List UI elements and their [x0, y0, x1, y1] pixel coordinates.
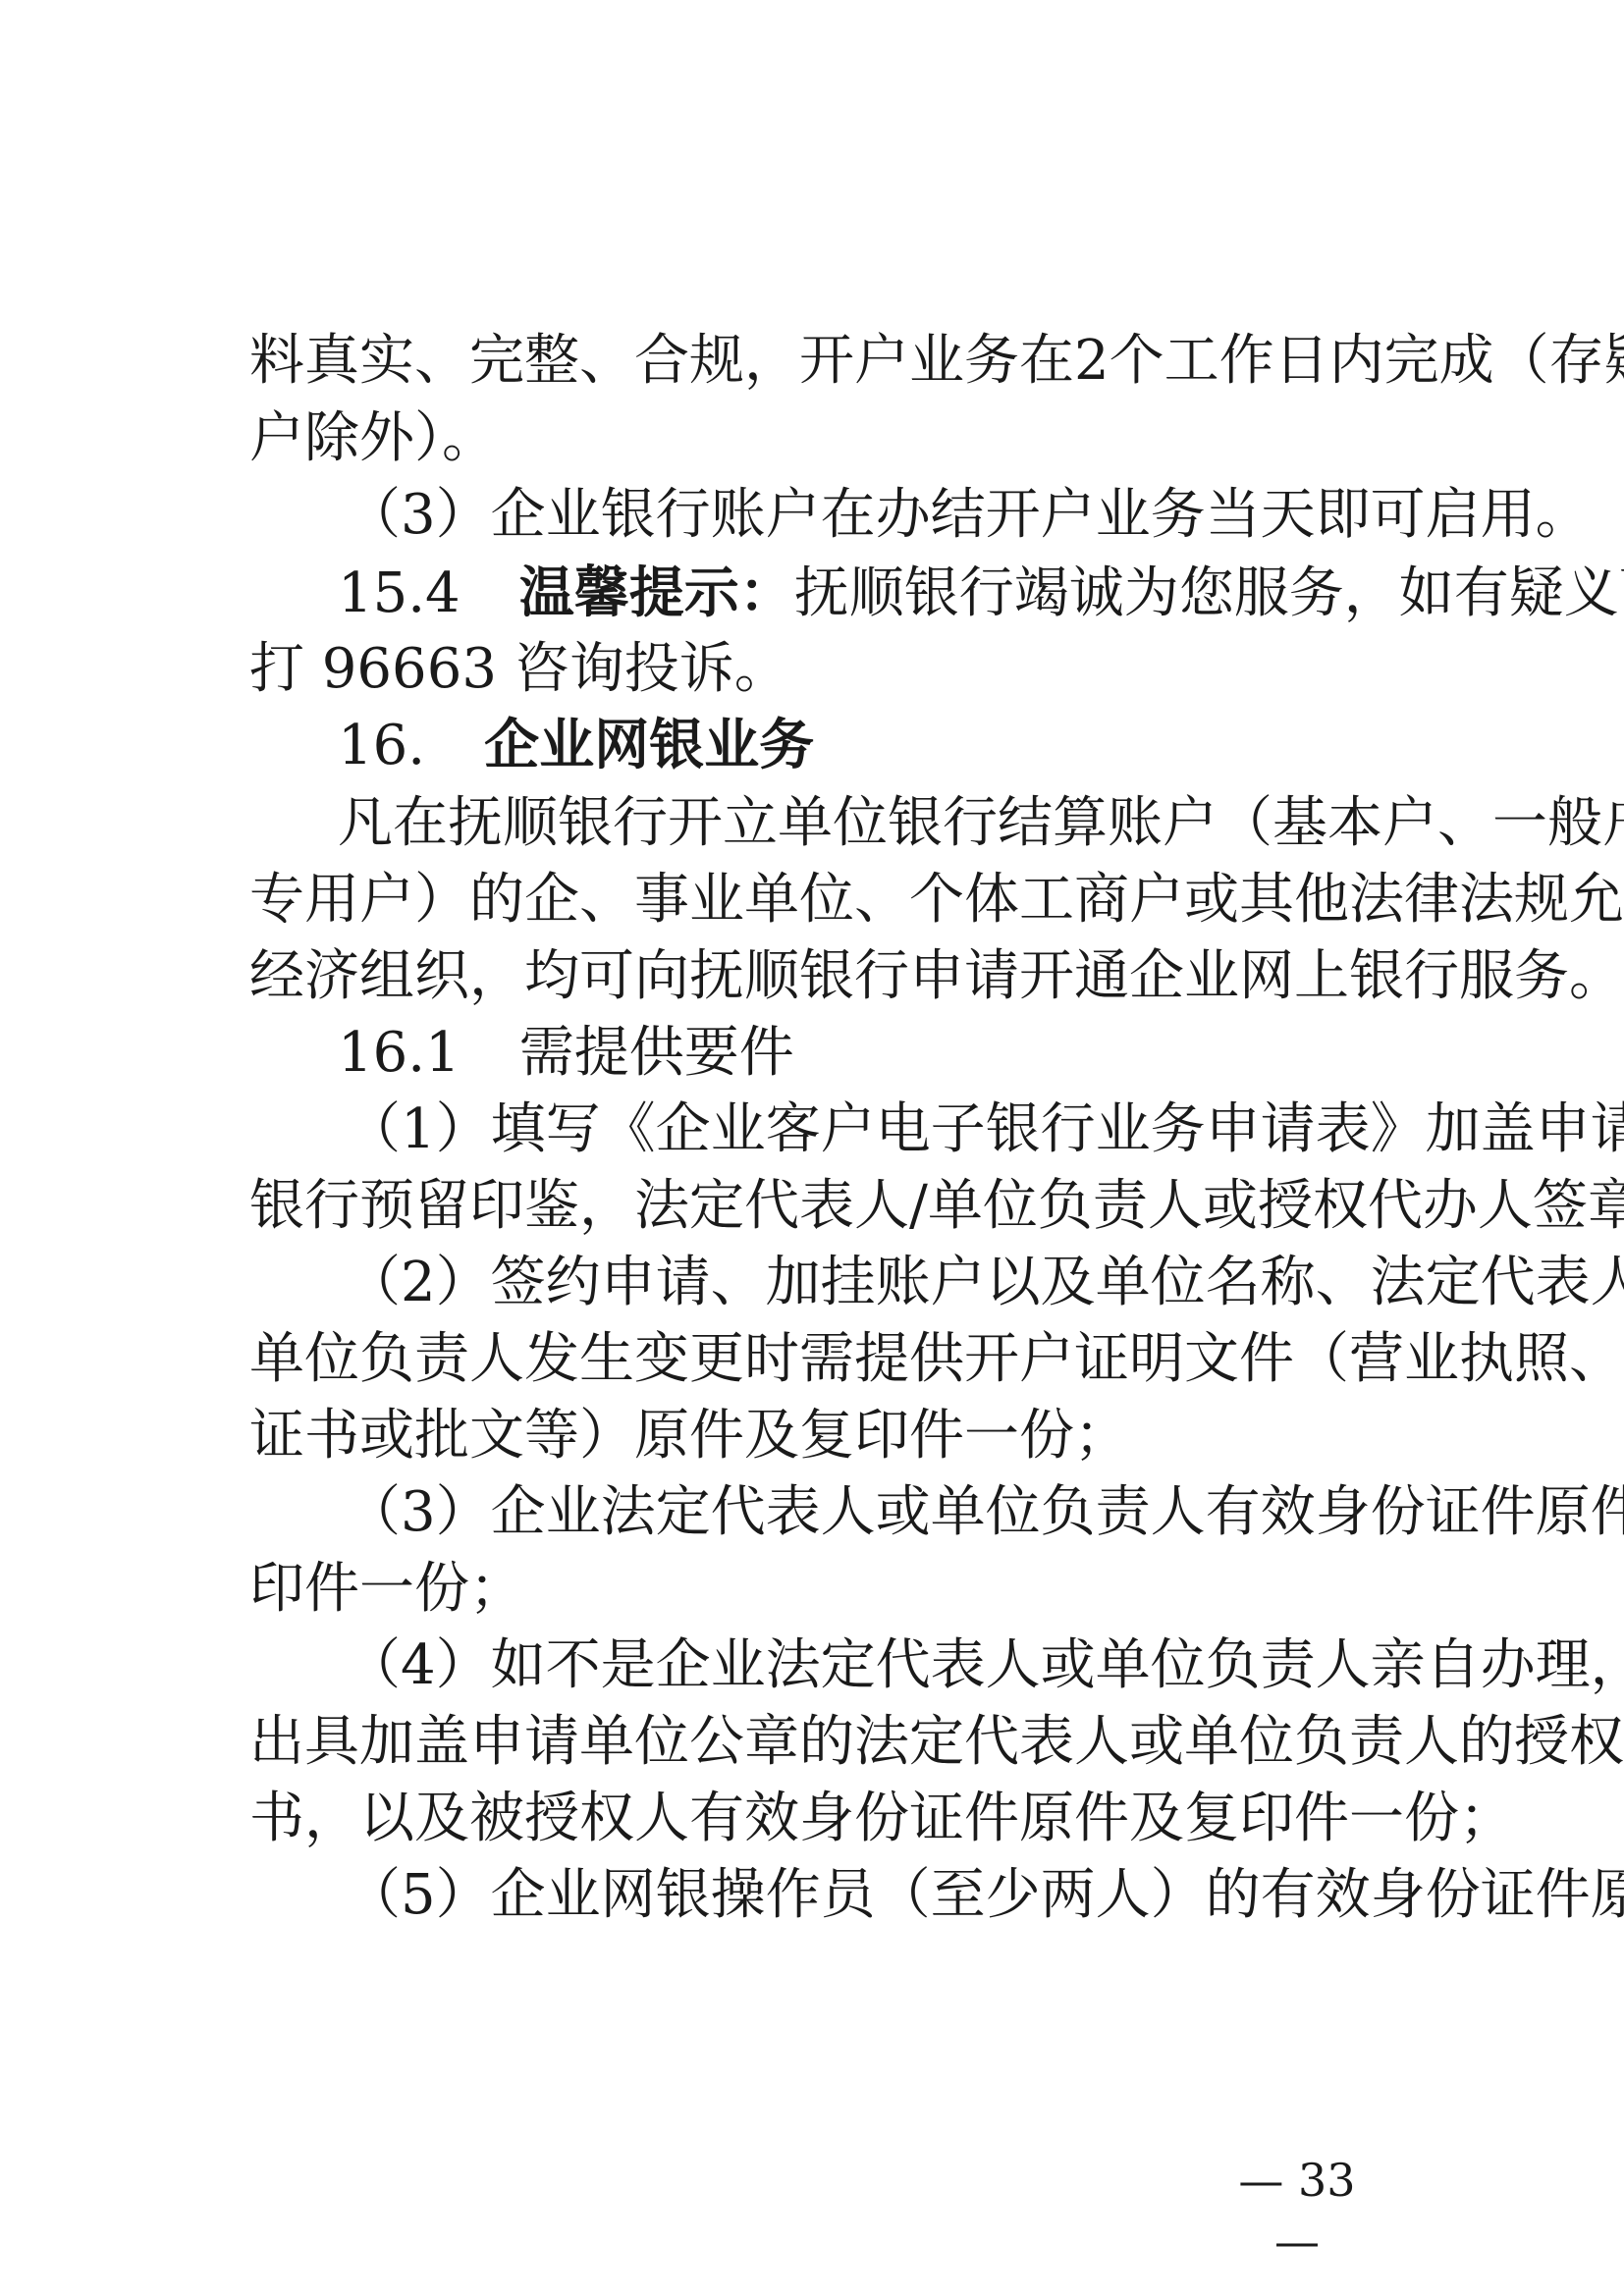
paragraph-line: 出具加盖申请单位公章的法定代表人或单位负责人的授权委托 — [249, 1704, 1361, 1781]
paragraph-line: 凡在抚顺银行开立单位银行结算账户（基本户、一般户、 — [338, 785, 1361, 862]
list-item-5: （5）企业网银操作员（至少两人）的有效身份证件原件及 — [346, 1857, 1361, 1934]
list-item-2: （2）签约申请、加挂账户以及单位名称、法定代表人或者 — [346, 1245, 1361, 1321]
list-item-1: （1）填写《企业客户电子银行业务申请表》加盖申请单位 — [346, 1092, 1361, 1168]
section-15-4-tip: 15.4温馨提示：抚顺银行竭诚为您服务，如有疑义可拨 — [338, 555, 1361, 631]
section-number: 16.1 — [338, 1021, 460, 1085]
paragraph-line: 银行预留印鉴，法定代表人/单位负责人或授权代办人签章； — [249, 1168, 1361, 1245]
list-item-4: （4）如不是企业法定代表人或单位负责人亲自办理，还需 — [346, 1628, 1361, 1704]
paragraph-line: 经济组织，均可向抚顺银行申请开通企业网上银行服务。 — [249, 938, 1361, 1015]
section-number: 15.4 — [338, 561, 460, 625]
tip-text: 抚顺银行竭诚为您服务，如有疑义可拨 — [794, 561, 1624, 625]
section-title: 需提供要件 — [519, 1021, 794, 1085]
paragraph-line: 料真实、完整、合规，开户业务在2个工作日内完成（存疑客 — [249, 323, 1361, 400]
list-item-3-account-activation: （3）企业银行账户在办结开户业务当天即可启用。 — [346, 477, 1361, 554]
paragraph-line: 单位负责人发生变更时需提供开户证明文件（营业执照、登记 — [249, 1321, 1361, 1398]
section-16-1-heading: 16.1需提供要件 — [338, 1015, 1361, 1092]
list-item-3: （3）企业法定代表人或单位负责人有效身份证件原件及复 — [346, 1474, 1361, 1551]
section-16-heading: 16.企业网银业务 — [338, 708, 1361, 784]
section-number: 16. — [338, 714, 425, 777]
paragraph-line: 证书或批文等）原件及复印件一份； — [249, 1398, 1361, 1474]
paragraph-line: 打 96663 咨询投诉。 — [249, 631, 1361, 708]
paragraph-line: 印件一份； — [249, 1551, 1361, 1628]
document-page: 料真实、完整、合规，开户业务在2个工作日内完成（存疑客 户除外）。 （3）企业银… — [0, 0, 1624, 2296]
paragraph-line: 专用户）的企、事业单位、个体工商户或其他法律法规允许的 — [249, 862, 1361, 938]
tip-label: 温馨提示： — [519, 561, 794, 625]
paragraph-line: 书，以及被授权人有效身份证件原件及复印件一份； — [249, 1781, 1361, 1857]
page-number: — 33 — — [1214, 2150, 1380, 2211]
section-title: 企业网银业务 — [484, 714, 814, 777]
paragraph-line: 户除外）。 — [249, 400, 1361, 477]
